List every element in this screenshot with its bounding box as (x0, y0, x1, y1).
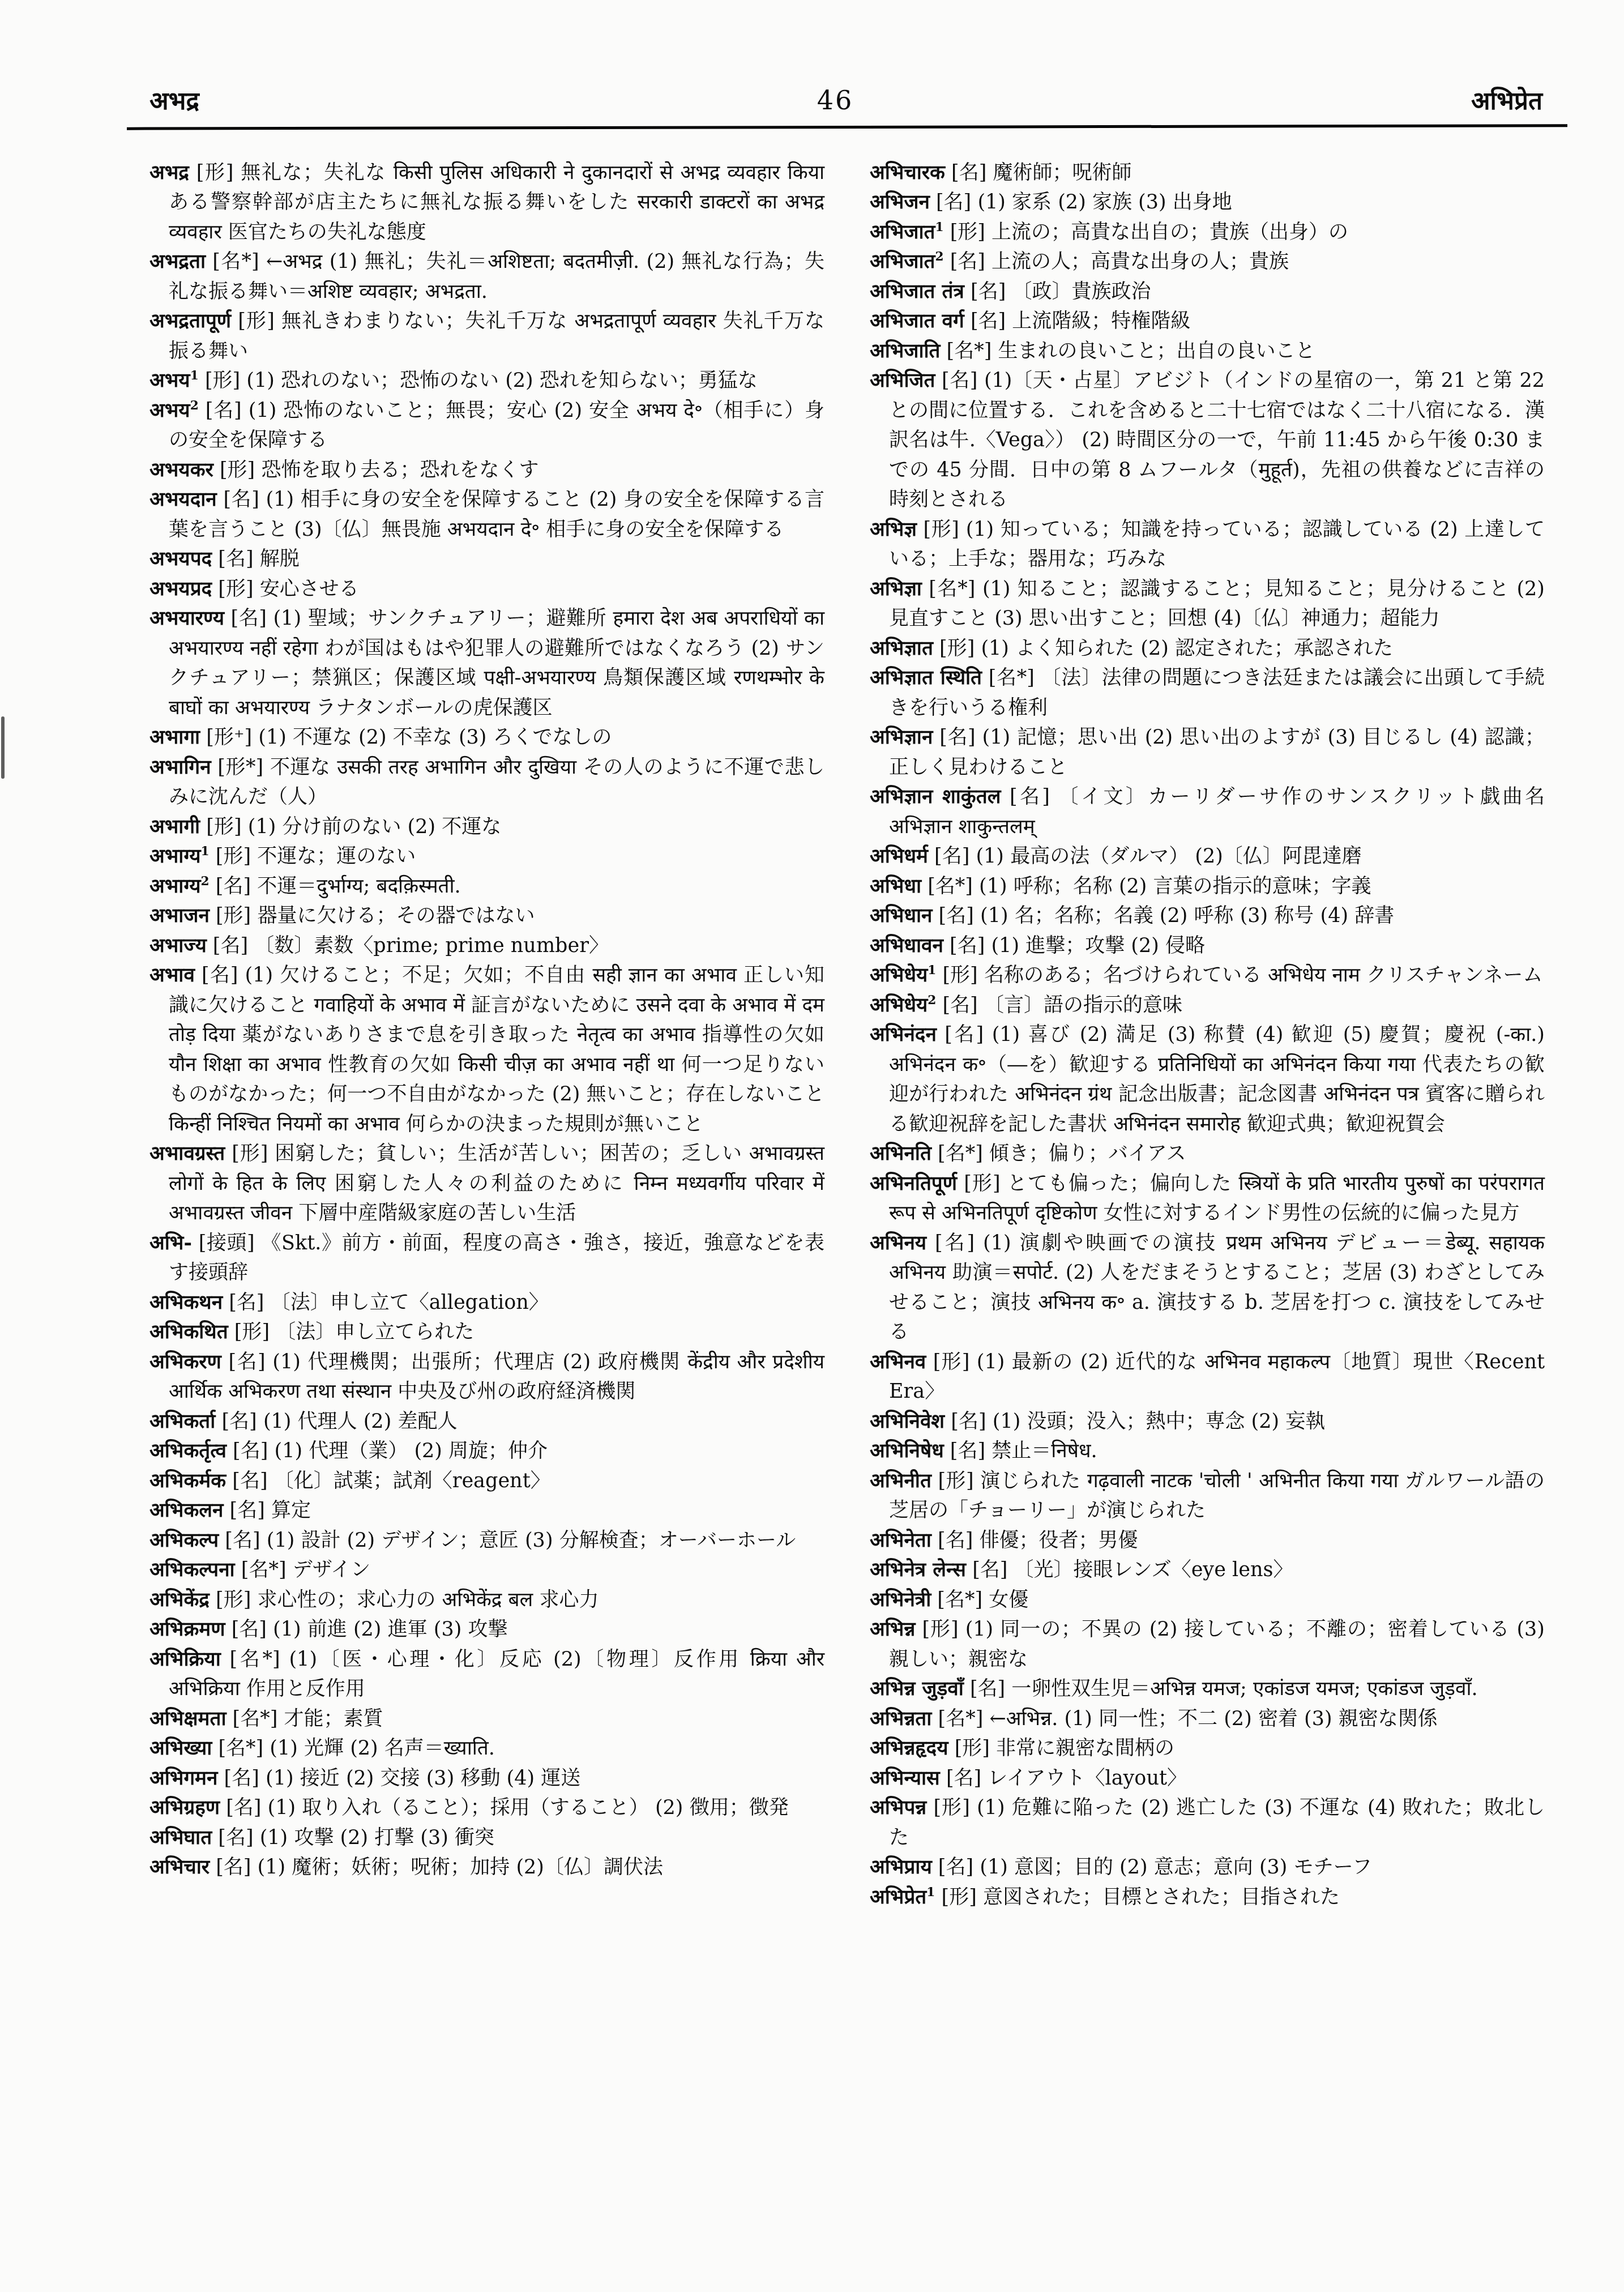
part-of-speech: [名] (966, 1559, 1014, 1581)
dictionary-entry: अभिजात तंत्र [名] 〔政〕貴族政治 (870, 277, 1545, 307)
entry-body: (1) 名；名称；名義 (2) 呼称 (3) 称号 (4) 辞書 (980, 904, 1394, 927)
dictionary-entry: अभय1 [形] (1) 恐れのない；恐怖のない (2) 恐れを知らない；勇猛な (149, 366, 824, 396)
dictionary-entry: अभिकर्मक [名] 〔化〕試薬；試剤〈reagent〉 (149, 1466, 824, 1496)
part-of-speech: [形*] (211, 756, 270, 779)
entry-body: (1) 相手に身の安全を保障すること (2) 身の安全を保障する言葉を言うこと … (169, 488, 824, 541)
entry-body: 無礼な；失礼な किसी पुलिस अधिकारी ने दुकानदारों… (169, 161, 824, 244)
part-of-speech: [形] (944, 221, 992, 244)
part-of-speech: [形] (200, 816, 248, 838)
dictionary-entry: अभयदान [名] (1) 相手に身の安全を保障すること (2) 身の安全を保… (149, 485, 824, 544)
headword-sense-number: 2 (935, 250, 943, 264)
dictionary-entry: अभिजन [名] (1) 家系 (2) 家族 (3) 出身地 (870, 187, 1545, 217)
entry-body: 〔数〕素数〈prime; prime number〉 (254, 934, 609, 957)
entry-body: 上流の人；高貴な出身の人；貴族 (992, 250, 1289, 273)
part-of-speech: [名*] (931, 1589, 989, 1611)
dictionary-entry: अभाग्य1 [形] 不運な；運のない (149, 842, 824, 872)
headword-sense-number: 1 (926, 1885, 935, 1900)
entry-body: (1) 最新の (2) 近代的な अभिनव महाकल्प〔地質〕現世〈Rec… (889, 1351, 1545, 1403)
entry-body: 不運な；運のない (257, 845, 416, 868)
part-of-speech: [名] (210, 875, 258, 898)
entry-body: (1) 欠けること；不足；欠如；不自由 सही ज्ञान का अभाव 正し… (169, 964, 824, 1136)
dictionary-entry: अभिघात [名] (1) 攻撃 (2) 打撃 (3) 衝突 (149, 1823, 824, 1853)
entry-body: (1) 接近 (2) 交接 (3) 移動 (4) 運送 (266, 1767, 580, 1790)
headword: अभिख्या (149, 1736, 212, 1760)
dictionary-entry: अभिगमन [名] (1) 接近 (2) 交接 (3) 移動 (4) 運送 (149, 1764, 824, 1794)
headword: अभिधावन (870, 934, 943, 957)
headword: अभिकथित (149, 1320, 228, 1343)
headword: अभय (149, 369, 190, 392)
headword: अभिनेत्र लेन्स (870, 1558, 966, 1581)
entry-body: (1) 前進 (2) 進軍 (3) 攻撃 (273, 1618, 507, 1641)
headword: अभिनव (870, 1350, 926, 1373)
part-of-speech: [名*] (982, 667, 1041, 689)
headword: अभिकर्तृत्व (149, 1439, 226, 1462)
entry-body: (1) 意図；目的 (2) 意志；意向 (3) モチーフ (980, 1856, 1372, 1879)
dictionary-entry: अभिजाति [名*] 生まれの良いこと；出自の良いこと (870, 336, 1545, 366)
dictionary-entry: अभिग्रहण [名] (1) 取り入れ（ること）；採用（すること） (2) … (149, 1793, 824, 1823)
headword: अभिजात (870, 250, 935, 273)
headword-sense-number: 1 (190, 369, 199, 383)
headword: अभिकरण (149, 1350, 221, 1373)
part-of-speech: [名] (224, 607, 273, 630)
part-of-speech: [名] (964, 280, 1012, 303)
dictionary-entry: अभिनेत्री [名*] 女優 (870, 1585, 1545, 1615)
headword: अभिनति (870, 1142, 931, 1165)
dictionary-entry: अभद्रतापूर्ण [形] 無礼きわまりない；失礼千万な अभद्रताप… (149, 306, 824, 366)
headword: अभिनतिपूर्ण (870, 1172, 957, 1195)
dictionary-entry: अभिधावन [名] (1) 進撃；攻撃 (2) 侵略 (870, 931, 1545, 961)
headword: अभिकर्ता (149, 1410, 215, 1433)
headword: अभिग्रहण (149, 1796, 220, 1819)
part-of-speech: [名] (226, 1440, 275, 1462)
dictionary-entry: अभिजात2 [名] 上流の人；高貴な出身の人；貴族 (870, 247, 1545, 277)
part-of-speech: [名*] (921, 875, 979, 898)
headword: अभिकर्मक (149, 1469, 226, 1492)
headword: अभिजित (870, 369, 935, 392)
headword: अभद्र (149, 161, 189, 184)
part-of-speech: [名] (940, 1767, 988, 1790)
dictionary-entry: अभाज्य [名] 〔数〕素数〈prime; prime number〉 (149, 931, 824, 961)
entry-body: (1) 分け前のない (2) 不運な (248, 816, 502, 838)
entry-body: (1) 演劇や映画での演技 प्रथम अभिनय デビュー＝डेब्यू. स… (889, 1232, 1545, 1344)
part-of-speech: [形] (213, 459, 262, 481)
headword: अभिनय (870, 1231, 926, 1254)
entry-body: デザイン (293, 1559, 371, 1581)
headword: अभाग्य (149, 844, 201, 868)
part-of-speech: [名] (930, 191, 978, 214)
part-of-speech: [名] (215, 1410, 263, 1433)
dictionary-entry: अभिकर्ता [名] (1) 代理人 (2) 差配人 (149, 1407, 824, 1437)
part-of-speech: [名] (964, 310, 1012, 332)
part-of-speech: [名] (944, 250, 992, 273)
part-of-speech: [形] (935, 1886, 983, 1909)
part-of-speech: [形] (189, 161, 241, 184)
part-of-speech: [名] (933, 726, 982, 749)
part-of-speech: [形] (926, 1796, 977, 1819)
entry-body: (1) 記憶；思い出 (2) 思い出のよすが (3) 目じるし (4) 認識；正… (889, 726, 1545, 779)
dictionary-entry: अभिधर्म [名] (1) 最高の法（ダルマ） (2)〔仏〕阿毘達磨 (870, 842, 1545, 872)
dictionary-entry: अभिज्ञात [形] (1) よく知られた (2) 認定された；承認された (870, 634, 1545, 664)
dictionary-page: अभद्र 46 अभिप्रेत अभद्र [形] 無礼な；失礼な किसी… (0, 0, 1624, 2292)
headword: अभिकल्प (149, 1529, 219, 1552)
dictionary-entry: अभिज्ञ [形] (1) 知っている；知識を持っている；認識している (2)… (870, 515, 1545, 574)
dictionary-entry: अभिनव [形] (1) 最新の (2) 近代的な अभिनव महाकल्प… (870, 1347, 1545, 1407)
entry-body: (1) 恐怖のないこと；無畏；安心 (2) 安全 अभय दे॰（相手に）身の安… (169, 399, 824, 452)
part-of-speech: [名] (217, 488, 266, 511)
headword: अभिनीत (870, 1469, 931, 1492)
dictionary-entry: अभिजित [名] (1)〔天・占星〕アビジト（インドの星宿の一，第 21 と… (870, 366, 1545, 515)
part-of-speech: [名] (226, 1470, 274, 1492)
part-of-speech: [名*] (931, 1708, 989, 1730)
entry-body: 〔法〕申し立てられた (276, 1321, 474, 1343)
part-of-speech: [接頭] (192, 1232, 262, 1254)
headword: अभिज्ञान (870, 725, 933, 749)
headword: अभाग्य (149, 874, 201, 898)
dictionary-entry: अभयप्रद [形] 安心させる (149, 574, 824, 604)
headword: अभिन्न (870, 1617, 915, 1641)
part-of-speech: [名] (935, 369, 984, 392)
dictionary-entry: अभिनिषेध [名] 禁止＝निषेध. (870, 1436, 1545, 1466)
headword-sense-number: 2 (190, 399, 199, 413)
part-of-speech: [名] (943, 934, 992, 957)
entry-body: (1) 同一の；不異の (2) 接している；不離の；密着している (3) 親しい… (889, 1618, 1545, 1671)
headword: अभिज्ञात (870, 637, 933, 660)
part-of-speech: [形] (212, 578, 260, 600)
part-of-speech: [形⁺] (200, 726, 258, 749)
part-of-speech: [名] (945, 1410, 993, 1433)
part-of-speech: [形] (948, 1737, 997, 1760)
headword: अभिजात तंत्र (870, 280, 964, 303)
part-of-speech: [名*] (922, 578, 982, 600)
headword: अभिपन्न (870, 1796, 926, 1819)
part-of-speech: [形] (933, 637, 981, 660)
dictionary-entry: अभिकल्पना [名*] デザイン (149, 1555, 824, 1585)
dictionary-entry: अभिकथित [形] 〔法〕申し立てられた (149, 1317, 824, 1347)
headword: अभाजन (149, 904, 210, 927)
dictionary-entry: अभिचार [名] (1) 魔術；妖術；呪術；加持 (2)〔仏〕調伏法 (149, 1853, 824, 1883)
page-header: अभद्र 46 अभिप्रेत (149, 85, 1542, 117)
dictionary-entry: अभिक्रमण [名] (1) 前進 (2) 進軍 (3) 攻撃 (149, 1615, 824, 1645)
headword: अभिनिषेध (870, 1439, 944, 1462)
dictionary-entry: अभिप्रेत1 [形] 意図された；目標とされた；目指された (870, 1883, 1545, 1913)
dictionary-entry: अभिख्या [名*] (1) 光輝 (2) 名声＝ख्याति. (149, 1734, 824, 1764)
headword-sense-number: 2 (201, 874, 210, 889)
part-of-speech: [名*] (940, 340, 998, 362)
dictionary-entry: अभिकेंद्र [形] 求心性の；求心力の अभिकेंद्र बल 求心力 (149, 1585, 824, 1615)
dictionary-entry: अभयपद [名] 解脱 (149, 544, 824, 574)
headword: अभिन्नहृदय (870, 1736, 948, 1760)
entry-body: 俳優；役者；男優 (979, 1529, 1138, 1552)
headword: अभावग्रस्त (149, 1142, 225, 1165)
part-of-speech: [名] (926, 1232, 983, 1254)
part-of-speech: [名] (219, 1529, 267, 1552)
headword: अभयपद (149, 547, 212, 570)
dictionary-entry: अभाव [名] (1) 欠けること；不足；欠如；不自由 सही ज्ञान क… (149, 961, 824, 1139)
entry-body: 一卵性双生児＝अभिन्न यमज; एकांडज यमज; एकांडज जु… (1011, 1678, 1477, 1700)
entry-body: (1) 代理（業） (2) 周旋；仲介 (275, 1440, 548, 1462)
headword: अभिज्ञान शाकुंतल (870, 785, 1001, 808)
dictionary-entry: अभिन्यास [名] レイアウト〈layout〉 (870, 1764, 1545, 1794)
headword: अभिज्ञा (870, 577, 922, 600)
dictionary-entry: अभिन्न [形] (1) 同一の；不異の (2) 接している；不離の；密着し… (870, 1615, 1545, 1674)
entry-body: 生まれの良いこと；出自の良いこと (998, 340, 1315, 362)
part-of-speech: [形] (210, 1589, 258, 1611)
entry-body: 才能；素質 (284, 1708, 383, 1730)
entry-body: 《Skt.》前方・前面，程度の高さ・強さ，接近，強意などを表す接頭辞 (169, 1232, 824, 1284)
part-of-speech: [名] (207, 934, 255, 957)
entry-body: (1) 危難に陥った (2) 逃亡した (3) 不運な (4) 敗れた；敗北した (889, 1796, 1545, 1849)
part-of-speech: [名] (217, 1767, 266, 1790)
headword: अभागा (149, 725, 200, 749)
dictionary-entry: अभिक्रिया [名*] (1)〔医・心理・化〕反応 (2)〔物理〕反作用 … (149, 1645, 824, 1704)
part-of-speech: [名] (928, 845, 976, 868)
part-of-speech: [名] (945, 161, 993, 184)
part-of-speech: [名] (223, 1291, 271, 1314)
part-of-speech: [名] (1001, 786, 1058, 808)
entry-body: 恐怖を取り去る；恐れをなくす (261, 459, 539, 481)
headword: अभयदान (149, 488, 217, 511)
headword: अभिक्रिया (149, 1647, 221, 1671)
headword: अभि- (149, 1231, 192, 1254)
entry-body: (1) 呼称；名称 (2) 言葉の指示的意味；字義 (979, 875, 1371, 898)
entry-body: 非常に親密な間柄の (996, 1737, 1174, 1760)
headword: अभिजन (870, 190, 930, 214)
dictionary-entry: अभयारण्य [名] (1) 聖域；サンクチュアリー；避難所 हमारा द… (149, 604, 824, 723)
dictionary-entry: अभिन्न जुड़वाँ [名] 一卵性双生児＝अभिन्न यमज; एक… (870, 1674, 1545, 1704)
headword: अभिकलन (149, 1499, 223, 1522)
entry-body: 求心性の；求心力の अभिकेंद्र बल 求心力 (257, 1589, 599, 1611)
entry-body: (1) 不運な (2) 不幸な (3) ろくでなしの (258, 726, 612, 749)
dictionary-entry: अभिज्ञान शाकुंतल [名] 〔イ文〕カーリダーサ作のサンスクリット… (870, 782, 1545, 842)
dictionary-entry: अभाजन [形] 器量に欠ける；その器ではない (149, 901, 824, 931)
entry-body: 〔化〕試薬；試剤〈reagent〉 (274, 1470, 550, 1492)
headword: अभिन्यास (870, 1766, 940, 1790)
dictionary-entry: अभिकल्प [名] (1) 設計 (2) デザイン；意匠 (3) 分解検査；… (149, 1526, 824, 1556)
part-of-speech: [形] (915, 1618, 965, 1641)
entry-body: 傾き；偏り；バイアス (989, 1142, 1186, 1165)
part-of-speech: [名] (964, 1678, 1012, 1700)
entry-body: (1) 攻撃 (2) 打撃 (3) 衝突 (260, 1826, 494, 1849)
headword: अभिप्रेत (870, 1885, 926, 1909)
part-of-speech: [名*] (206, 250, 266, 273)
entry-body: (1) 知ること；認識すること；見知ること；見分けること (2) 見直すこと (… (889, 578, 1545, 630)
dictionary-entry: अभिनय [名] (1) 演劇や映画での演技 प्रथम अभिनय デビュー… (870, 1228, 1545, 1347)
entry-body: (1) 魔術；妖術；呪術；加持 (2)〔仏〕調伏法 (258, 1856, 663, 1879)
dictionary-entry: अभिज्ञा [名*] (1) 知ること；認識すること；見知ること；見分けるこ… (870, 574, 1545, 634)
headword: अभिक्रमण (149, 1617, 225, 1641)
headword: अभिकथन (149, 1291, 223, 1314)
dictionary-entry: अभिक्षमता [名*] 才能；素質 (149, 1704, 824, 1734)
entry-body: ←अभद्र (1) 無礼；失礼＝अशिष्टता; बदतमीज़ी. (2)… (169, 250, 824, 303)
headword: अभिचार (149, 1855, 210, 1879)
headword: अभिन्न जुड़वाँ (870, 1677, 964, 1700)
entry-body: 算定 (271, 1499, 311, 1522)
dictionary-entry: अभिधा [名*] (1) 呼称；名称 (2) 言葉の指示的意味；字義 (870, 872, 1545, 902)
part-of-speech: [形] (917, 518, 966, 541)
entry-body: ←अभिन्न. (1) 同一性；不二 (2) 密着 (3) 親密な関係 (989, 1708, 1437, 1730)
entry-body: (1) よく知られた (2) 認定された；承認された (981, 637, 1393, 660)
entry-body: (1) 知っている；知識を持っている；認識している (2) 上達している；上手な… (889, 518, 1545, 571)
dictionary-entry: अभिनति [名*] 傾き；偏り；バイアス (870, 1139, 1545, 1169)
part-of-speech: [名] (932, 904, 980, 927)
headword: अभिनेत्री (870, 1588, 931, 1611)
part-of-speech: [形] (936, 964, 984, 987)
dictionary-entry: अभिधेय1 [形] 名称のある；名づけられている अभिधेय नाम クリ… (870, 961, 1545, 991)
entry-body: (1) 取り入れ（ること）；採用（すること） (2) 徴用；徴発 (268, 1796, 789, 1819)
dictionary-entry: अभय2 [名] (1) 恐怖のないこと；無畏；安心 (2) 安全 अभय दे… (149, 396, 824, 455)
dictionary-entry: अभाग्य2 [名] 不運＝दुर्भाग्य; बदक़िस्मती. (149, 872, 824, 902)
header-rule (127, 124, 1567, 130)
dictionary-entry: अभद्रता [名*] ←अभद्र (1) 無礼；失礼＝अशिष्टता; … (149, 247, 824, 306)
scan-artifact (1, 716, 5, 779)
part-of-speech: [名] (212, 548, 260, 570)
headword: अभिजाति (870, 339, 940, 362)
part-of-speech: [形] (199, 369, 247, 392)
part-of-speech: [名] (212, 1826, 260, 1849)
dictionary-entry: अभिनिवेश [名] (1) 没頭；没入；熱中；専念 (2) 妄執 (870, 1407, 1545, 1437)
part-of-speech: [名] (220, 1796, 268, 1819)
headword: अभयकर (149, 458, 213, 481)
part-of-speech: [名] (199, 399, 249, 422)
part-of-speech: [名] (944, 1440, 992, 1462)
headword: अभिधान (870, 904, 932, 927)
part-of-speech: [名*] (235, 1559, 293, 1581)
entry-body: 解脱 (260, 548, 300, 570)
part-of-speech: [形] (210, 845, 258, 868)
headword: अभिज्ञ (870, 518, 917, 541)
dictionary-entry: अभिज्ञान [名] (1) 記憶；思い出 (2) 思い出のよすが (3) … (870, 723, 1545, 782)
part-of-speech: [名*] (226, 1708, 284, 1730)
entry-body: 〔政〕貴族政治 (1012, 280, 1151, 303)
entry-body: 不運＝दुर्भाग्य; बदक़िस्मती. (257, 875, 461, 898)
dictionary-entry: अभद्र [形] 無礼な；失礼な किसी पुलिस अधिकारी ने … (149, 158, 824, 247)
headword: अभिक्षमता (149, 1707, 226, 1730)
part-of-speech: [名] (195, 964, 245, 987)
part-of-speech: [形] (931, 1470, 980, 1492)
entry-body: 禁止＝निषेध. (992, 1440, 1097, 1462)
part-of-speech: [名] (221, 1351, 272, 1373)
headword: अभिधेय (870, 963, 928, 987)
entry-body: (1) 最高の法（ダルマ） (2)〔仏〕阿毘達磨 (976, 845, 1361, 868)
headword: अभिधर्म (870, 844, 928, 868)
dictionary-entry: अभिजात1 [形] 上流の；高貴な出自の；貴族（出身）の (870, 217, 1545, 247)
entry-body: 意図された；目標とされた；目指された (983, 1886, 1340, 1909)
dictionary-entry: अभिधान [名] (1) 名；名称；名義 (2) 呼称 (3) 称号 (4)… (870, 901, 1545, 931)
headword: अभिधा (870, 874, 921, 898)
dictionary-entry: अभिनतिपूर्ण [形] とても偏った；偏向した स्त्रियों के… (870, 1169, 1545, 1228)
entry-body: 名称のある；名づけられている अभिधेय नाम クリスチャンネーム (984, 964, 1543, 987)
part-of-speech: [名*] (212, 1737, 270, 1760)
entry-body: (1) 光輝 (2) 名声＝ख्याति. (270, 1737, 495, 1760)
dictionary-entry: अभिकथन [名] 〔法〕申し立て〈allegation〉 (149, 1288, 824, 1318)
headword: अभिकल्पना (149, 1558, 235, 1581)
dictionary-entry: अभिनंदन [名] (1) 喜び (2) 満足 (3) 称賛 (4) 歓迎 … (870, 1020, 1545, 1139)
entry-body: 上流の；高貴な出自の；貴族（出身）の (992, 221, 1348, 244)
headword: अभद्रतापूर्ण (149, 309, 231, 332)
headword: अभाज्य (149, 934, 207, 957)
part-of-speech: [名] (225, 1618, 273, 1641)
part-of-speech: [形] (210, 904, 258, 927)
right-column: अभिचारक [名] 魔術師；呪術師अभिजन [名] (1) 家系 (2) … (870, 158, 1545, 1913)
headword: अभाव (149, 963, 195, 987)
dictionary-entry: अभिकर्तृत्व [名] (1) 代理（業） (2) 周旋；仲介 (149, 1436, 824, 1466)
headword: अभिजात वर्ग (870, 309, 964, 332)
headword: अभिकेंद्र (149, 1588, 210, 1611)
headword: अभागिन (149, 756, 211, 779)
headword: अभिचारक (870, 161, 945, 184)
headword: अभयारण्य (149, 607, 224, 630)
left-column: अभद्र [形] 無礼な；失礼な किसी पुलिस अधिकारी ने … (149, 158, 824, 1913)
entry-body: 〔言〕語の指示的意味 (984, 994, 1182, 1017)
entry-body: 魔術師；呪術師 (993, 161, 1131, 184)
headword: अभिनंदन (870, 1023, 937, 1046)
entry-body: 上流階級；特権階級 (1012, 310, 1190, 332)
dictionary-entry: अभिनीत [形] 演じられた गढ़वाली नाटक 'चोली ' अभ… (870, 1466, 1545, 1526)
headword: अभिनिवेश (870, 1410, 945, 1433)
page-number: 46 (817, 85, 854, 116)
headword-sense-number: 1 (201, 845, 210, 859)
dictionary-entry: अभिन्नहृदय [形] 非常に親密な間柄の (870, 1734, 1545, 1764)
part-of-speech: [名] (210, 1856, 258, 1879)
dictionary-entry: अभिपन्न [形] (1) 危難に陥った (2) 逃亡した (3) 不運な … (870, 1793, 1545, 1853)
entry-body: 器量に欠ける；その器ではない (257, 904, 535, 927)
entry-body: (1) 恐れのない；恐怖のない (2) 恐れを知らない；勇猛な (246, 369, 758, 392)
headword: अभिजात (870, 220, 935, 244)
part-of-speech: [名*] (931, 1142, 989, 1165)
part-of-speech: [名] (936, 994, 984, 1017)
guide-word-right: अभिप्रेत (1471, 87, 1542, 117)
dictionary-entry: अभयकर [形] 恐怖を取り去る；恐れをなくす (149, 455, 824, 485)
headword: अभय (149, 399, 190, 422)
part-of-speech: [名*] (221, 1648, 289, 1671)
dictionary-entry: अभि- [接頭] 《Skt.》前方・前面，程度の高さ・強さ，接近，強意などを表… (149, 1228, 824, 1288)
part-of-speech: [形] (228, 1321, 276, 1343)
entry-body: 〔光〕接眼レンズ〈eye lens〉 (1014, 1559, 1293, 1581)
headword: अभागी (149, 815, 200, 838)
headword-sense-number: 1 (935, 220, 943, 234)
part-of-speech: [形] (231, 310, 281, 332)
dictionary-entry: अभावग्रस्त [形] 困窮した；貧しい；生活が苦しい；困苦の；乏しい अ… (149, 1139, 824, 1228)
headword: अभिप्राय (870, 1855, 932, 1879)
dictionary-entry: अभिकरण [名] (1) 代理機関；出張所；代理店 (2) 政府機関 कें… (149, 1347, 824, 1407)
entry-body: (1)〔天・占星〕アビジト（インドの星宿の一，第 21 と第 22 との間に位置… (889, 369, 1545, 511)
part-of-speech: [形] (957, 1172, 1007, 1195)
headword-sense-number: 1 (928, 964, 936, 978)
headword: अभद्रता (149, 250, 206, 273)
guide-word-left: अभद्र (149, 87, 199, 117)
entry-body: (1) 進撃；攻撃 (2) 侵略 (991, 934, 1205, 957)
headword: अभिज्ञात स्थिति (870, 666, 982, 689)
dictionary-entry: अभिनेत्र लेन्स [名] 〔光〕接眼レンズ〈eye lens〉 (870, 1555, 1545, 1585)
headword: अभयप्रद (149, 577, 212, 600)
dictionary-entry: अभिजात वर्ग [名] 上流階級；特権階級 (870, 306, 1545, 336)
entry-body: (1) 代理人 (2) 差配人 (263, 1410, 458, 1433)
headword-sense-number: 2 (928, 993, 936, 1008)
part-of-speech: [形] (926, 1351, 977, 1373)
dictionary-entry: अभागिन [形*] 不運な उसकी तरह अभागिन और दुखिय… (149, 753, 824, 812)
dictionary-body: अभद्र [形] 無礼な；失礼な किसी पुलिस अधिकारी ने … (149, 158, 1545, 1913)
part-of-speech: [形] (225, 1142, 275, 1165)
dictionary-entry: अभिधेय2 [名] 〔言〕語の指示的意味 (870, 991, 1545, 1021)
entry-body: 〔法〕申し立て〈allegation〉 (271, 1291, 549, 1314)
dictionary-entry: अभागी [形] (1) 分け前のない (2) 不運な (149, 812, 824, 842)
entry-body: (1) 設計 (2) デザイン；意匠 (3) 分解検査；オーバーホール (267, 1529, 796, 1552)
entry-body: (1) 没頭；没入；熱中；専念 (2) 妄執 (993, 1410, 1326, 1433)
headword: अभिगमन (149, 1766, 217, 1790)
dictionary-entry: अभिकलन [名] 算定 (149, 1496, 824, 1526)
headword: अभिघात (149, 1826, 212, 1849)
entry-body: (1) 家系 (2) 家族 (3) 出身地 (977, 191, 1232, 214)
